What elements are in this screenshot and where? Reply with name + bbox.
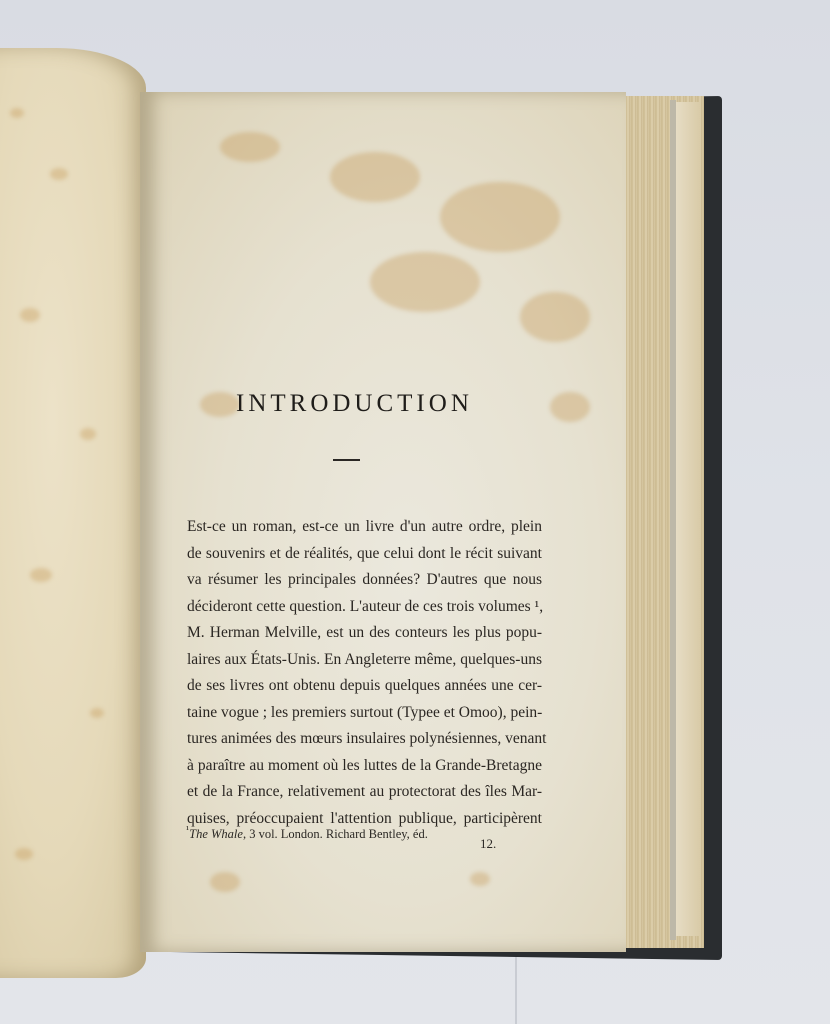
- foxing-spot: [330, 152, 420, 202]
- foxing-spot: [220, 132, 280, 162]
- text-line: tures animées des mœurs insulaires polyn…: [187, 726, 542, 753]
- foxing-spot: [15, 848, 33, 860]
- signature-mark: 12.: [480, 836, 496, 852]
- foxing-spot: [440, 182, 560, 252]
- foxing-spot: [30, 568, 52, 582]
- foxing-spot: [50, 168, 68, 180]
- text-line: décideront cette question. L'auteur de c…: [187, 594, 542, 621]
- foxing-spot: [80, 428, 96, 440]
- footnote: ¹The Whale, 3 vol. London. Richard Bentl…: [186, 825, 428, 842]
- text-line: M. Herman Melville, est un des conteurs …: [187, 620, 542, 647]
- text-line: de ses livres ont obtenu depuis quelques…: [187, 673, 542, 700]
- text-line: à paraître au moment où les luttes de la…: [187, 753, 542, 780]
- text-line: et de la France, relativement au protect…: [187, 779, 542, 806]
- footnote-title: The Whale: [189, 827, 243, 841]
- foxing-spot: [550, 392, 590, 422]
- text-line: Est-ce un roman, est-ce un livre d'un au…: [187, 514, 542, 541]
- text-line: taine vogue ; les premiers surtout (Type…: [187, 700, 542, 727]
- title-rule: [333, 459, 360, 461]
- left-page: [0, 48, 146, 978]
- foxing-spot: [90, 708, 104, 718]
- text-line: laires aux États-Unis. En Angleterre mêm…: [187, 647, 542, 674]
- body-text: Est-ce un roman, est-ce un livre d'un au…: [187, 514, 542, 832]
- foxing-spot: [370, 252, 480, 312]
- text-line: de souvenirs et de réalités, que celui d…: [187, 541, 542, 568]
- foxing-spot: [210, 872, 240, 892]
- text-line: va résumer les principales données? D'au…: [187, 567, 542, 594]
- footnote-rest: , 3 vol. London. Richard Bentley, éd.: [243, 827, 428, 841]
- back-pages: [676, 102, 700, 936]
- table-seam: [515, 955, 517, 1024]
- foxing-spot: [470, 872, 490, 886]
- foxing-spot: [20, 308, 40, 322]
- chapter-title: INTRODUCTION: [236, 390, 466, 418]
- foxing-spot: [200, 392, 240, 417]
- foxing-spot: [10, 108, 24, 118]
- foxing-spot: [520, 292, 590, 342]
